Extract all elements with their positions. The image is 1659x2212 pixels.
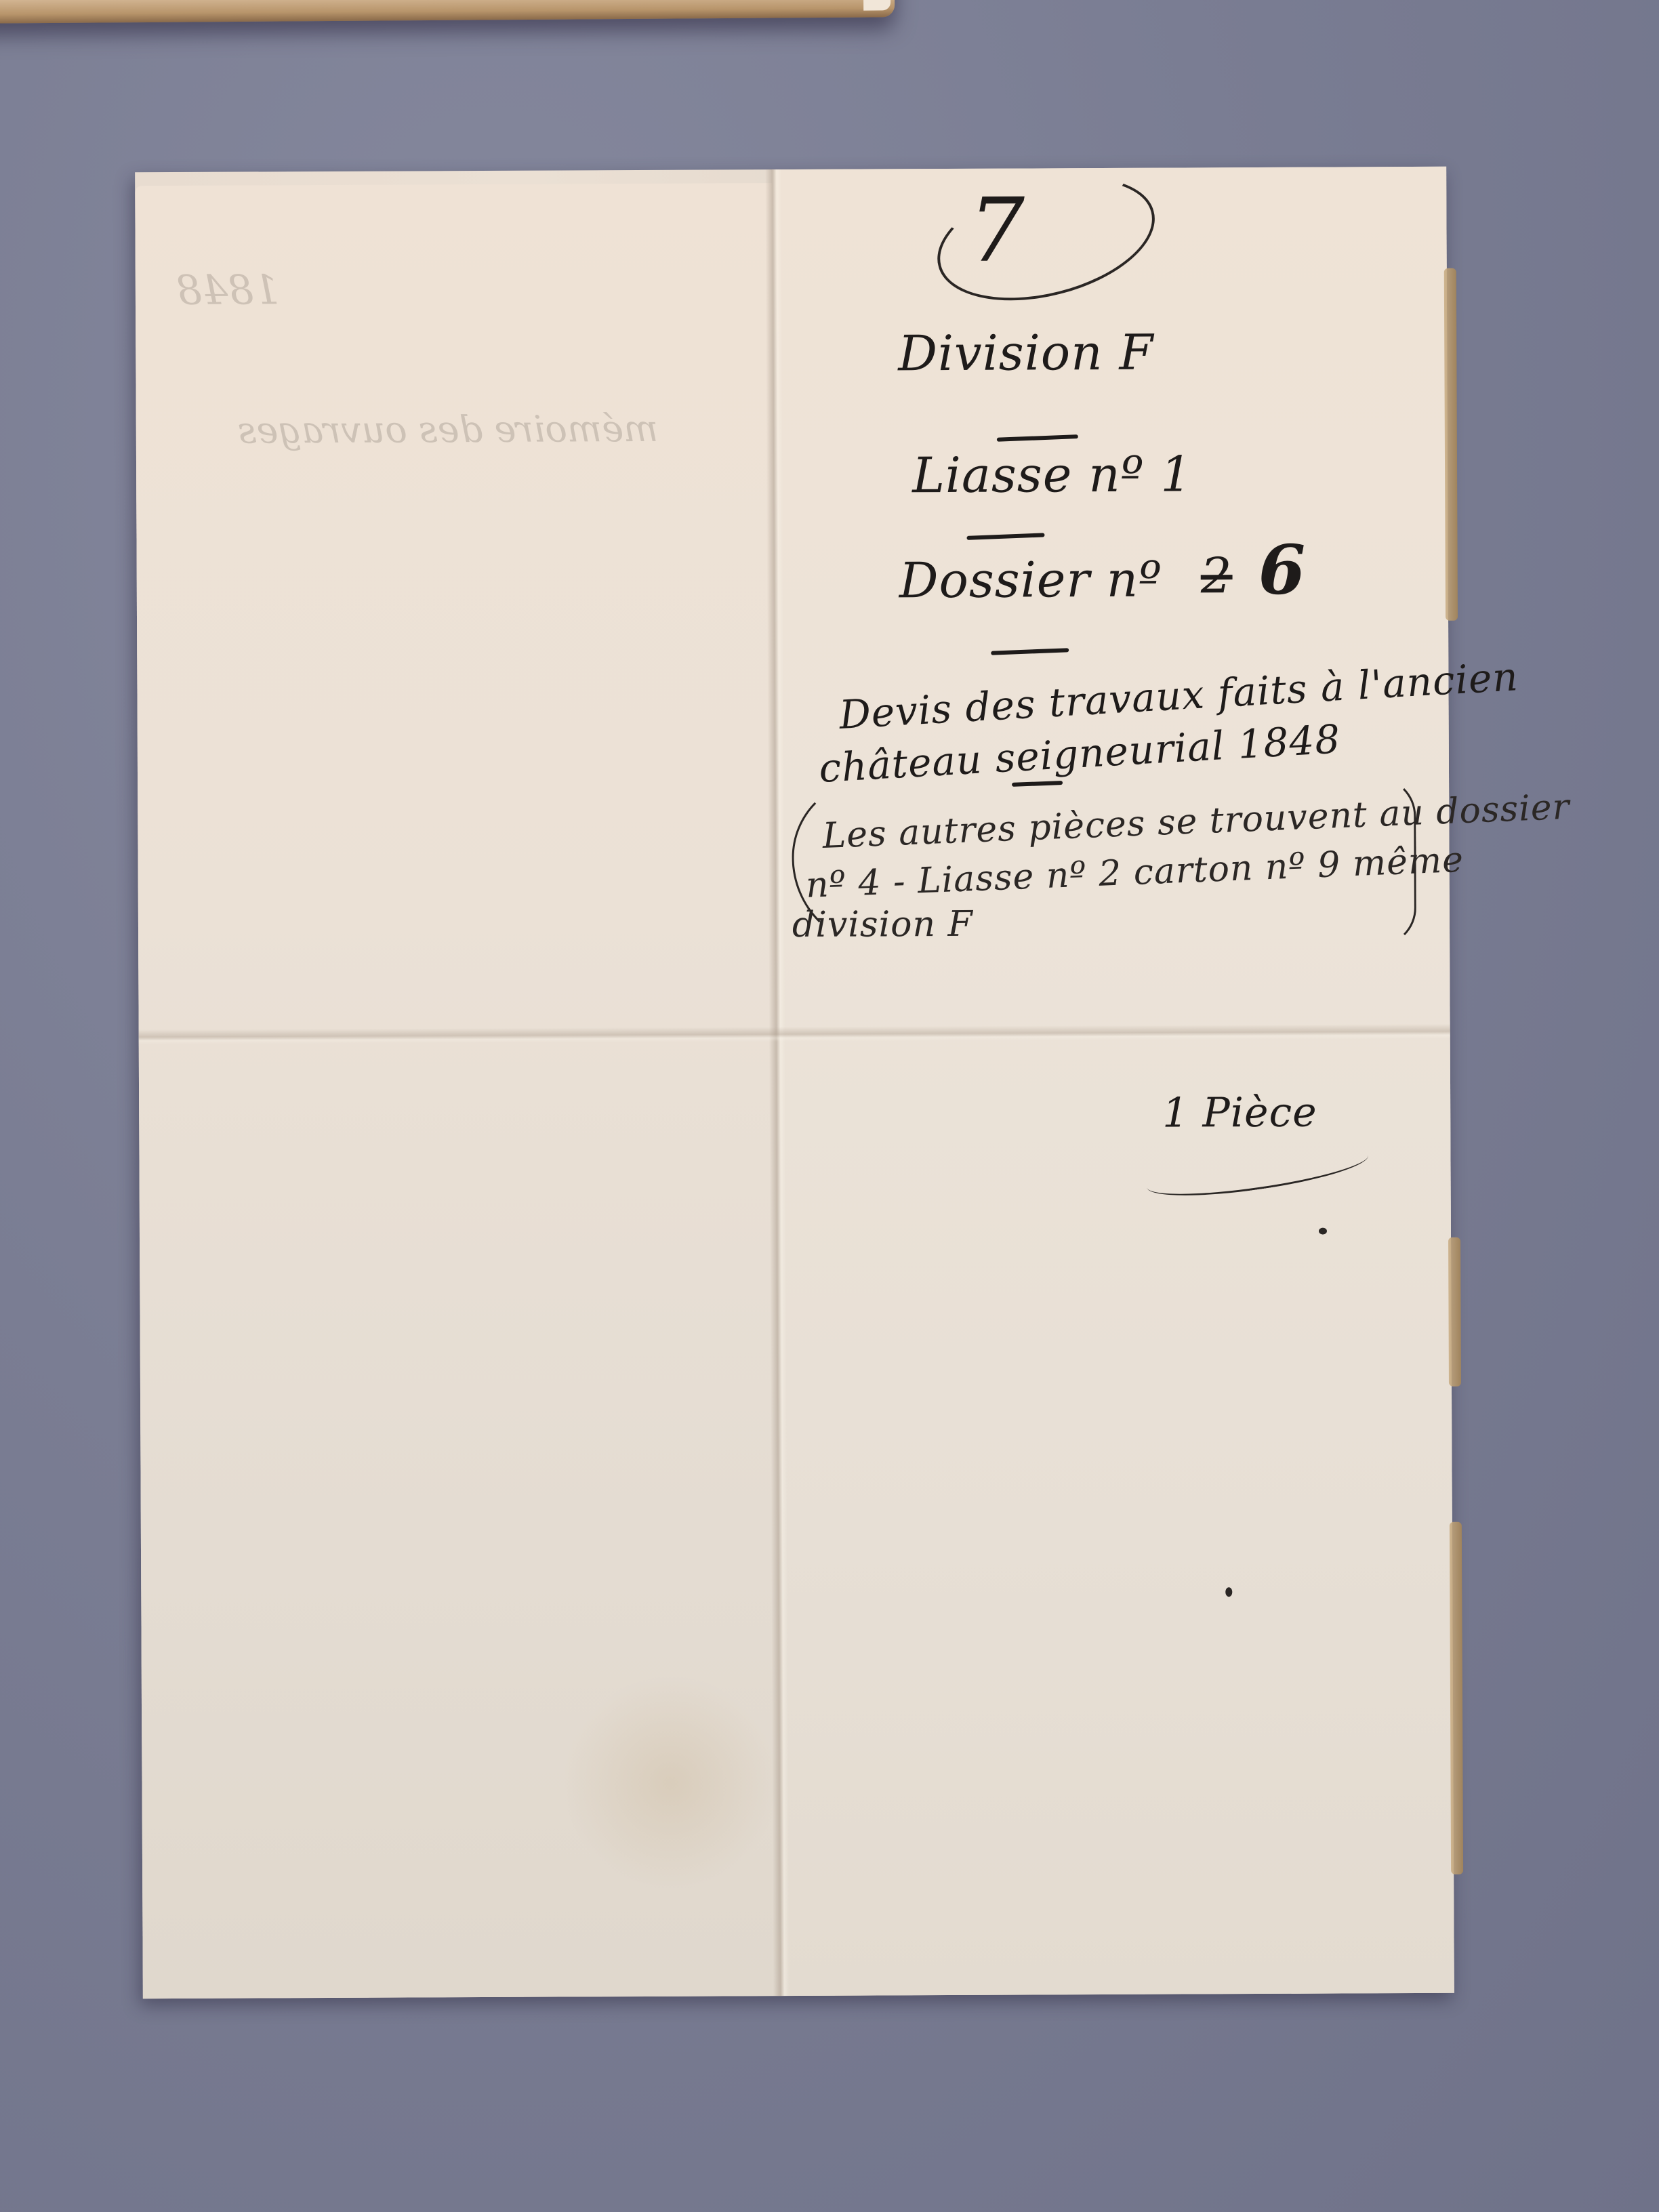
dossier-label: Dossier nº bbox=[899, 551, 1163, 609]
frayed-edge bbox=[1450, 1522, 1463, 1875]
frayed-edge bbox=[1448, 1237, 1461, 1387]
division-label: Division F bbox=[898, 324, 1153, 382]
document-right-panel bbox=[772, 167, 1454, 1996]
stacked-papers bbox=[0, 0, 895, 24]
document-left-panel: 1848 mémoire des ouvrages bbox=[135, 183, 780, 1999]
bleed-through-text: 1848 bbox=[176, 266, 280, 314]
ink-dot bbox=[1225, 1587, 1232, 1597]
paper-stain bbox=[562, 1674, 779, 1891]
ink-dot bbox=[1319, 1228, 1327, 1235]
piece-count: 1 Pièce bbox=[1162, 1089, 1317, 1137]
folio-number: 7 bbox=[968, 179, 1025, 282]
document-sheet: 1848 mémoire des ouvrages 7 Division F L… bbox=[135, 167, 1454, 1999]
dossier-struck-number: 2 bbox=[1201, 547, 1233, 604]
bleed-through-text: mémoire des ouvrages bbox=[238, 407, 659, 452]
frayed-edge bbox=[1444, 268, 1458, 621]
note-line-3: division F bbox=[792, 904, 973, 945]
liasse-label: Liasse nº 1 bbox=[912, 445, 1192, 504]
dossier-number: 6 bbox=[1258, 530, 1306, 610]
